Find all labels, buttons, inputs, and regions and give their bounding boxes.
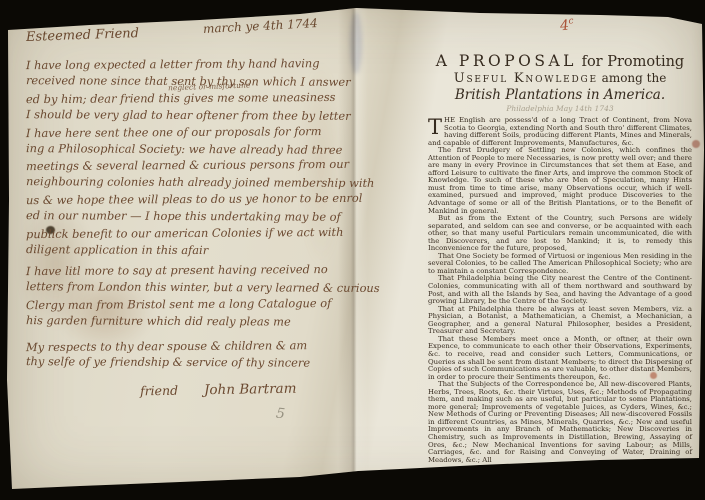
- document-photo: Esteemed Friend march ye 4th 1744 neglec…: [0, 0, 705, 500]
- paper-vignette: [0, 0, 705, 500]
- paper-sheet: Esteemed Friend march ye 4th 1744 neglec…: [0, 0, 705, 500]
- catchword: new: [428, 465, 692, 473]
